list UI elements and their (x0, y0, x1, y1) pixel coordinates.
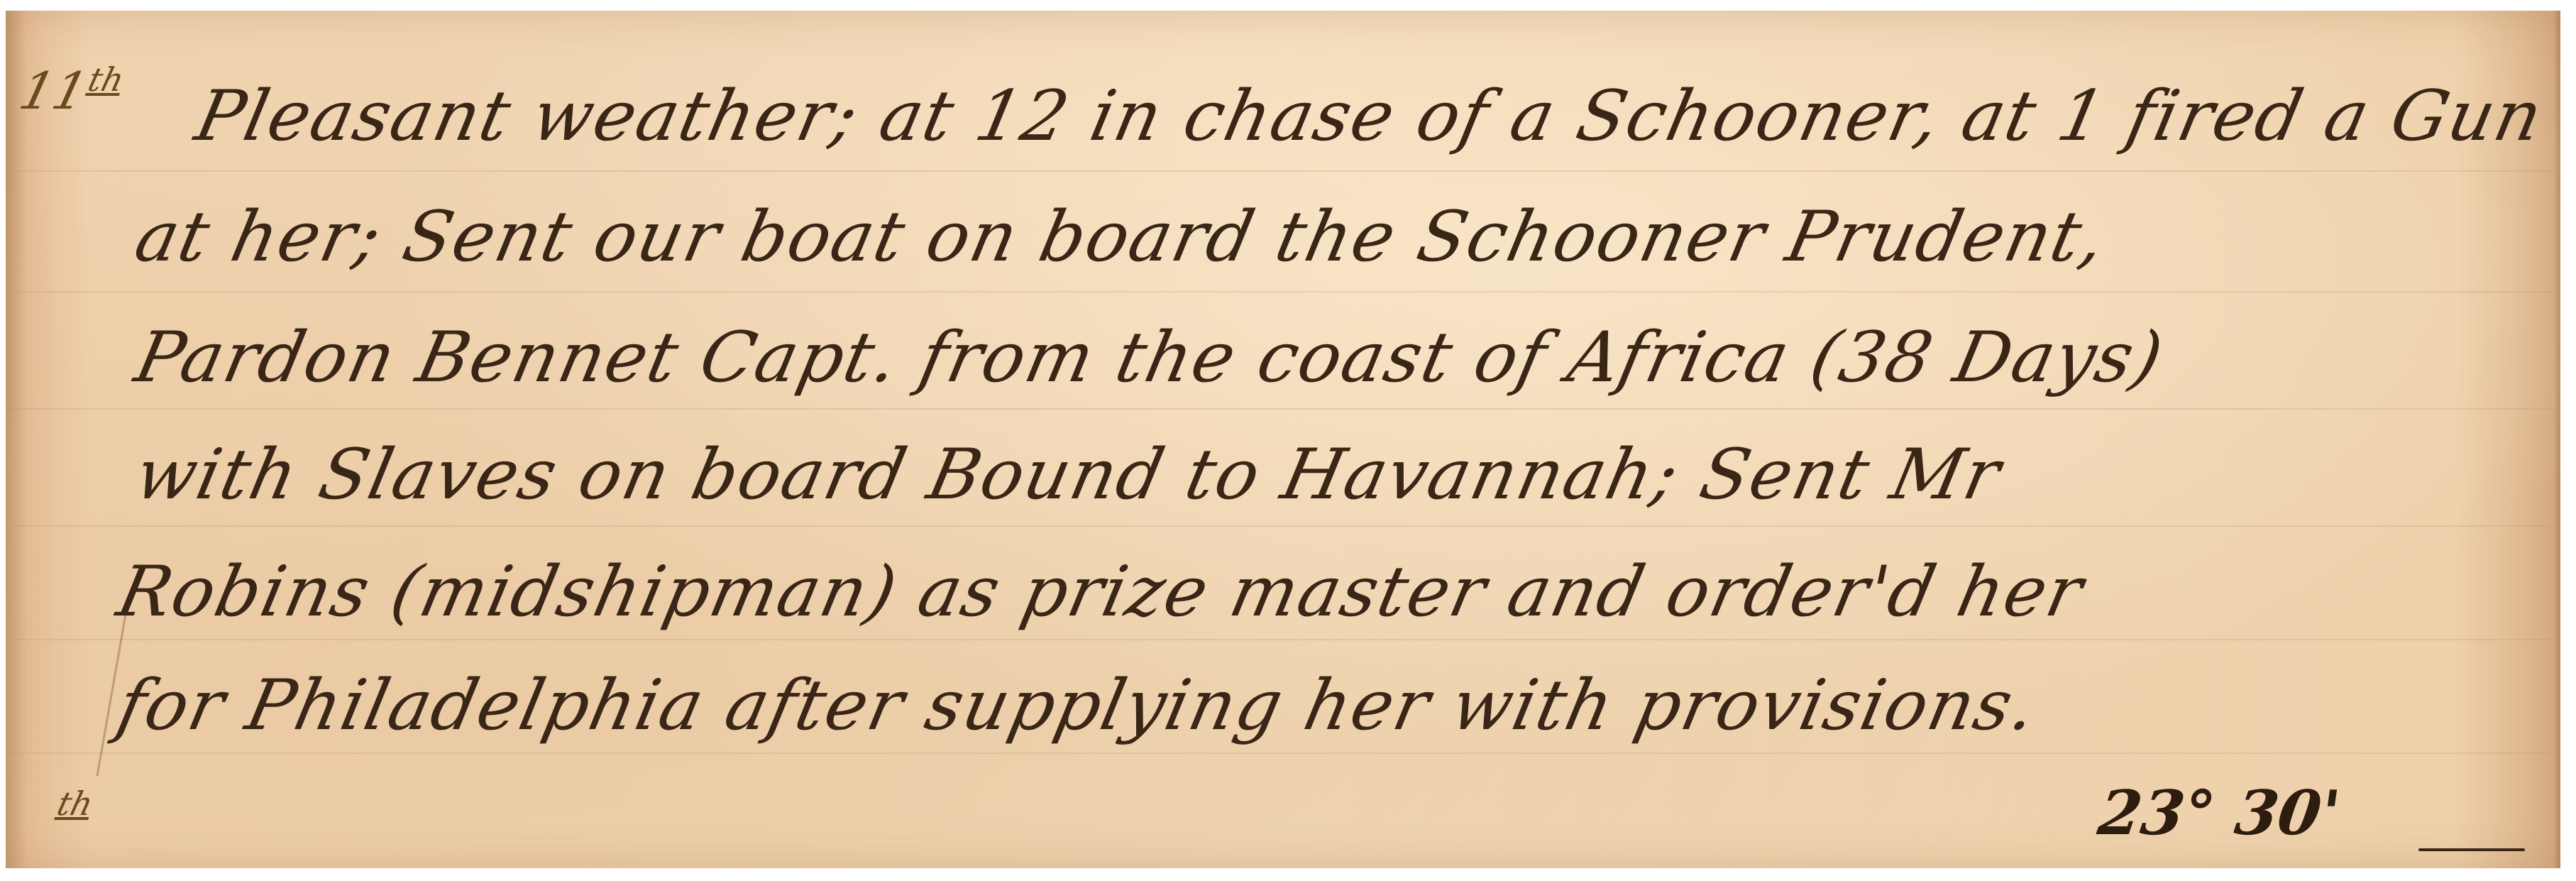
next-entry-margin: th (48, 784, 97, 845)
entry-line-2: at her; Sent our boat on board the Schoo… (130, 202, 2113, 272)
logbook-page: 11th Pleasant weather; at 12 in chase of… (6, 11, 2560, 868)
entry-line-3: Pardon Bennet Capt. from the coast of Af… (130, 323, 2170, 393)
entry-line-4: with Slaves on board Bound to Havannah; … (130, 440, 2008, 510)
margin-date: 11th (13, 60, 128, 121)
ruled-line (6, 525, 2560, 527)
latitude-reading: 23° 30' (2094, 777, 2345, 849)
entry-line-1: Pleasant weather; at 12 in chase of a Sc… (190, 82, 2550, 151)
next-entry-suffix: th (53, 784, 97, 823)
ruled-line (6, 291, 2560, 292)
latitude-underline (2418, 848, 2525, 851)
entry-line-5: Robins (midshipman) as prize master and … (112, 557, 2090, 627)
entry-line-6: for Philadelphia after supplying her wit… (112, 671, 2044, 740)
margin-date-day: 11 (13, 61, 94, 121)
ruled-line (6, 753, 2560, 754)
ruled-line (6, 170, 2560, 172)
ruled-line (6, 639, 2560, 640)
ruled-line (6, 408, 2560, 410)
